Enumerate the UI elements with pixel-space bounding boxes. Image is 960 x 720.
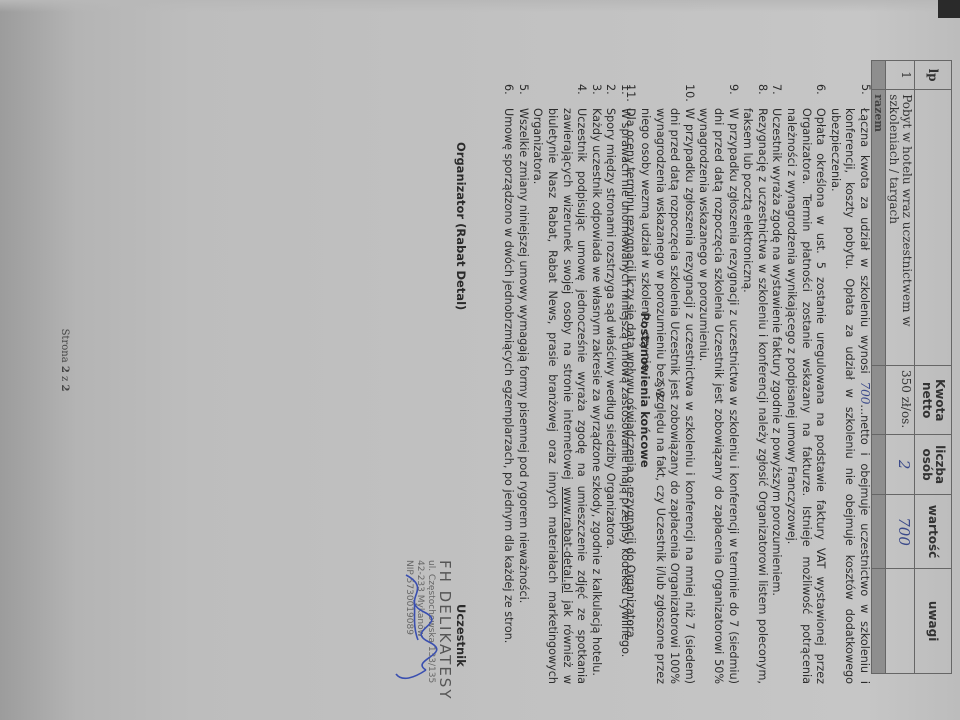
clause-number: 6. bbox=[813, 84, 828, 95]
final-clauses-list: 1.W sprawach nie unormowanych niniejszą … bbox=[501, 84, 632, 684]
clause-text: Uczestnik wyraża zgodę na wystawienie fa… bbox=[770, 108, 783, 596]
final-clause-2: 2.Spory między stronami rozstrzyga sąd w… bbox=[603, 84, 618, 684]
clause-9: 9.W przypadku zgłoszenia rezygnacji z uc… bbox=[696, 84, 740, 684]
handwritten-amount: 700 bbox=[858, 382, 872, 405]
clause-text: W przypadku zgłoszenia rezygnacji z ucze… bbox=[697, 108, 739, 684]
final-clause-5: 5.Wszelkie zmiany niniejszej umowy wymag… bbox=[515, 84, 530, 684]
footer-prefix: Strona bbox=[59, 329, 70, 366]
cell-description: Pobyt w hotelu wraz uczestnictwem w szko… bbox=[885, 90, 914, 366]
final-clause-3: 3.Każdy uczestnik odpowiada we własnym z… bbox=[588, 84, 603, 684]
table-total-row: razem bbox=[871, 61, 885, 674]
header-uwagi: uwagi bbox=[915, 569, 952, 674]
page-footer: Strona 2 z 2 bbox=[59, 0, 70, 720]
header-kwota-netto: Kwota netto bbox=[915, 365, 952, 434]
clause-text: Każdy uczestnik odpowiada we własnym zak… bbox=[590, 108, 603, 676]
total-uwagi bbox=[871, 569, 885, 674]
cell-liczba-osob: 2 bbox=[885, 435, 914, 494]
clause-text: Wszelkie zmiany niniejszej umowy wymagaj… bbox=[517, 108, 530, 603]
cost-table: lp Kwota netto liczba osób wartość uwagi… bbox=[871, 60, 952, 674]
section-title: Postanowienia końcowe bbox=[638, 60, 652, 720]
clause-text: W sprawach nie unormowanych niniejszą um… bbox=[619, 108, 632, 657]
clause-text: Opłata określona w ust. 5 zostanie uregu… bbox=[785, 108, 827, 684]
document-page: lp Kwota netto liczba osób wartość uwagi… bbox=[0, 0, 960, 720]
cell-lp: 1 bbox=[885, 61, 914, 90]
organizer-signature-label: Organizator (Rabat Detal) bbox=[454, 142, 468, 310]
footer-total-pages: 2 bbox=[59, 384, 70, 391]
header-description bbox=[915, 90, 952, 366]
final-clause-1: 1.W sprawach nie unormowanych niniejszą … bbox=[617, 84, 632, 684]
footer-page-number: 2 bbox=[59, 366, 70, 373]
header-lp: lp bbox=[915, 61, 952, 90]
website-link[interactable]: www.rabat-detal.pl bbox=[561, 487, 574, 593]
clause-number: 5. bbox=[515, 84, 530, 95]
clause-6: 6.Opłata określona w ust. 5 zostanie ure… bbox=[783, 84, 827, 684]
total-empty-cell bbox=[871, 61, 885, 90]
clause-text: Łączna kwota za udział w szkoleniu wynos… bbox=[858, 108, 871, 382]
total-kwota bbox=[871, 365, 885, 434]
clause-7: 7.Uczestnik wyraża zgodę na wystawienie … bbox=[769, 84, 784, 684]
clause-number: 9. bbox=[725, 84, 740, 95]
final-clause-6: 6.Umowę sporządzono w dwóch jednobrzmiąc… bbox=[501, 84, 516, 684]
header-liczba-osob: liczba osób bbox=[915, 435, 952, 494]
table-header-row: lp Kwota netto liczba osób wartość uwagi bbox=[915, 61, 952, 674]
total-label: razem bbox=[871, 90, 885, 366]
cell-uwagi bbox=[885, 569, 914, 674]
clause-text: Rezygnację z uczestnictwa w szkoleniu i … bbox=[741, 108, 769, 684]
footer-separator: z bbox=[59, 373, 70, 385]
clause-number: 1. bbox=[617, 84, 632, 95]
clause-number: 3. bbox=[588, 84, 603, 95]
header-wartosc: wartość bbox=[915, 494, 952, 568]
handwritten-signature-icon bbox=[394, 570, 444, 690]
clause-number: 7. bbox=[769, 84, 784, 95]
clause-text: Spory między stronami rozstrzyga sąd wła… bbox=[604, 108, 617, 549]
clause-number: 10. bbox=[681, 84, 696, 102]
clause-text: Umowę sporządzono w dwóch jednobrzmiącyc… bbox=[502, 108, 515, 643]
total-wartosc bbox=[871, 494, 885, 568]
final-clause-4: 4.Uczestnik podpisując umowę jednocześni… bbox=[530, 84, 588, 684]
company-stamp: FH DELIKATESY ul. Częstochowska 133/135 … bbox=[384, 560, 454, 710]
clause-8: 8.Rezygnację z uczestnictwa w szkoleniu … bbox=[740, 84, 769, 684]
clause-number: 4. bbox=[574, 84, 589, 95]
table-row: 1 Pobyt w hotelu wraz uczestnictwem w sz… bbox=[885, 61, 914, 674]
participant-signature-label: Uczestnik bbox=[454, 604, 468, 667]
total-liczba bbox=[871, 435, 885, 494]
cell-kwota-netto: 350 zł/os. bbox=[885, 365, 914, 434]
clause-number: 5. bbox=[857, 84, 872, 95]
clause-5: 5. Łączna kwota za udział w szkoleniu wy… bbox=[827, 84, 872, 684]
clause-number: 2. bbox=[603, 84, 618, 95]
cell-wartosc: 700 bbox=[885, 494, 914, 568]
clause-number: 8. bbox=[754, 84, 769, 95]
section-number: § 3 bbox=[653, 60, 667, 720]
clause-number: 6. bbox=[501, 84, 516, 95]
